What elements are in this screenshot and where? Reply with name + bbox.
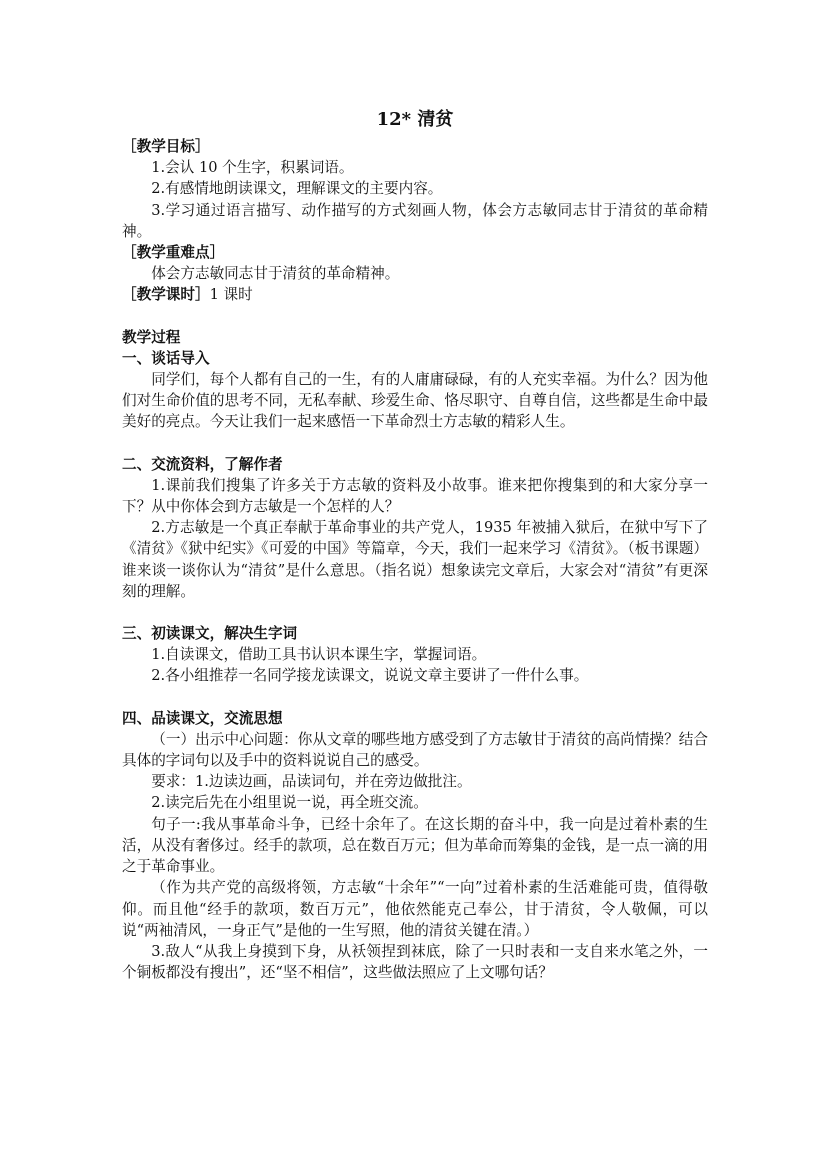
document-title: 12* 清贫 <box>122 108 708 132</box>
duration-row: ［教学课时］1 课时 <box>122 284 708 305</box>
section-heading: 二、交流资料，了解作者 <box>122 454 708 475</box>
objective-item: 2.有感情地朗读课文，理解课文的主要内容。 <box>122 178 708 199</box>
section-paragraph: （作为共产党的高级将领，方志敏“十余年”“一向”过着朴素的生活难能可贵，值得敬仰… <box>122 877 708 941</box>
section-heading: 四、品读课文，交流思想 <box>122 708 708 729</box>
section-paragraph: 同学们，每个人都有自己的一生，有的人庸庸碌碌，有的人充实幸福。为什么？因为他们对… <box>122 369 708 433</box>
objective-item: 3.学习通过语言描写、动作描写的方式刻画人物，体会方志敏同志甘于清贫的革命精神。 <box>122 200 708 242</box>
section-heading: 一、谈话导入 <box>122 348 708 369</box>
section-paragraph: 1.课前我们搜集了许多关于方志敏的资料及小故事。谁来把你搜集到的和大家分享一下？… <box>122 475 708 517</box>
objective-item: 1.会认 10 个生字，积累词语。 <box>122 157 708 178</box>
duration-heading: ［教学课时］ <box>122 286 210 303</box>
section-paragraph: 2.方志敏是一个真正奉献于革命事业的共产党人，1935 年被捕入狱后，在狱中写下… <box>122 517 708 602</box>
section-paragraph: 句子一:我从事革命斗争，已经十余年了。在这长期的奋斗中，我一向是过着朴素的生活，… <box>122 814 708 878</box>
process-heading: 教学过程 <box>122 327 708 348</box>
duration-value: 1 课时 <box>210 286 253 303</box>
key-points-text: 体会方志敏同志甘于清贫的革命精神。 <box>122 263 708 284</box>
section-paragraph: 1.自读课文，借助工具书认识本课生字，掌握词语。 <box>122 644 708 665</box>
section-paragraph: 3.敌人“从我上身摸到下身，从袄领捏到袜底，除了一只时表和一支自来水笔之外，一个… <box>122 941 708 983</box>
section-heading: 三、初读课文，解决生字词 <box>122 623 708 644</box>
section-paragraph: 2.读完后先在小组里说一说，再全班交流。 <box>122 792 708 813</box>
section-paragraph: 要求：1.边读边画，品读词句，并在旁边做批注。 <box>122 771 708 792</box>
key-points-heading: ［教学重难点］ <box>122 242 708 263</box>
section-paragraph: 2.各小组推荐一名同学接龙读课文，说说文章主要讲了一件什么事。 <box>122 665 708 686</box>
objectives-heading: ［教学目标］ <box>122 136 708 157</box>
section-paragraph: （一）出示中心问题：你从文章的哪些地方感受到了方志敏甘于清贫的高尚情操？结合具体… <box>122 729 708 771</box>
document-page: 12* 清贫 ［教学目标］ 1.会认 10 个生字，积累词语。 2.有感情地朗读… <box>122 108 708 983</box>
